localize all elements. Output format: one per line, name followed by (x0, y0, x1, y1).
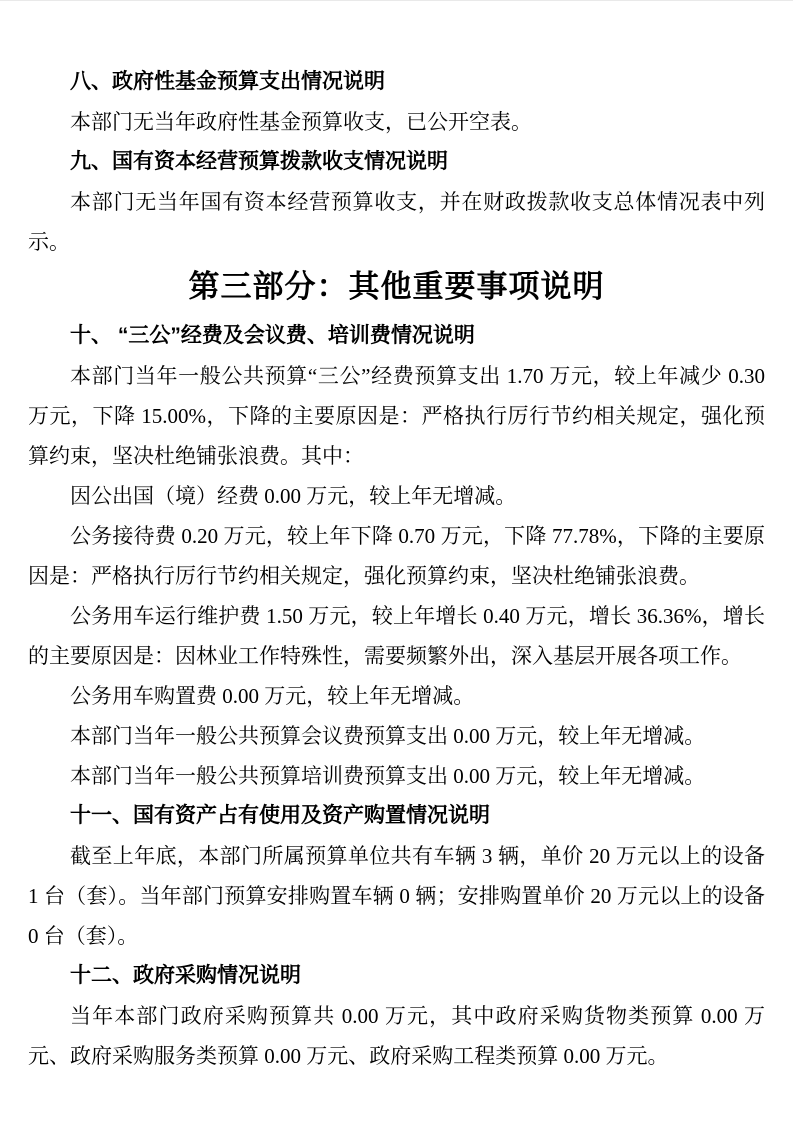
body-paragraph: 本部门当年一般公共预算培训费预算支出 0.00 万元，较上年无增减。 (28, 756, 765, 796)
section-heading-10: 十、 “三公”经费及会议费、培训费情况说明 (28, 316, 765, 356)
section-heading-8: 八、政府性基金预算支出情况说明 (28, 62, 765, 102)
body-paragraph: 当年本部门政府采购预算共 0.00 万元，其中政府采购货物类预算 0.00 万元… (28, 996, 765, 1076)
section-heading-11: 十一、国有资产占有使用及资产购置情况说明 (28, 796, 765, 836)
body-paragraph: 公务用车运行维护费 1.50 万元，较上年增长 0.40 万元，增长 36.36… (28, 596, 765, 676)
body-paragraph: 本部门当年一般公共预算会议费预算支出 0.00 万元，较上年无增减。 (28, 716, 765, 756)
section-heading-12: 十二、政府采购情况说明 (28, 956, 765, 996)
body-paragraph: 本部门无当年政府性基金预算收支，已公开空表。 (28, 102, 765, 142)
document-page: 八、政府性基金预算支出情况说明 本部门无当年政府性基金预算收支，已公开空表。 九… (0, 0, 793, 1122)
body-paragraph: 公务用车购置费 0.00 万元，较上年无增减。 (28, 676, 765, 716)
section-heading-9: 九、国有资本经营预算拨款收支情况说明 (28, 142, 765, 182)
body-paragraph: 截至上年底，本部门所属预算单位共有车辆 3 辆，单价 20 万元以上的设备 1 … (28, 836, 765, 956)
body-paragraph: 本部门无当年国有资本经营预算收支，并在财政拨款收支总体情况表中列示。 (28, 182, 765, 262)
body-paragraph: 公务接待费 0.20 万元，较上年下降 0.70 万元，下降 77.78%，下降… (28, 516, 765, 596)
body-paragraph: 因公出国（境）经费 0.00 万元，较上年无增减。 (28, 476, 765, 516)
part-title: 第三部分：其他重要事项说明 (28, 262, 765, 312)
body-paragraph: 本部门当年一般公共预算“三公”经费预算支出 1.70 万元，较上年减少 0.30… (28, 356, 765, 476)
